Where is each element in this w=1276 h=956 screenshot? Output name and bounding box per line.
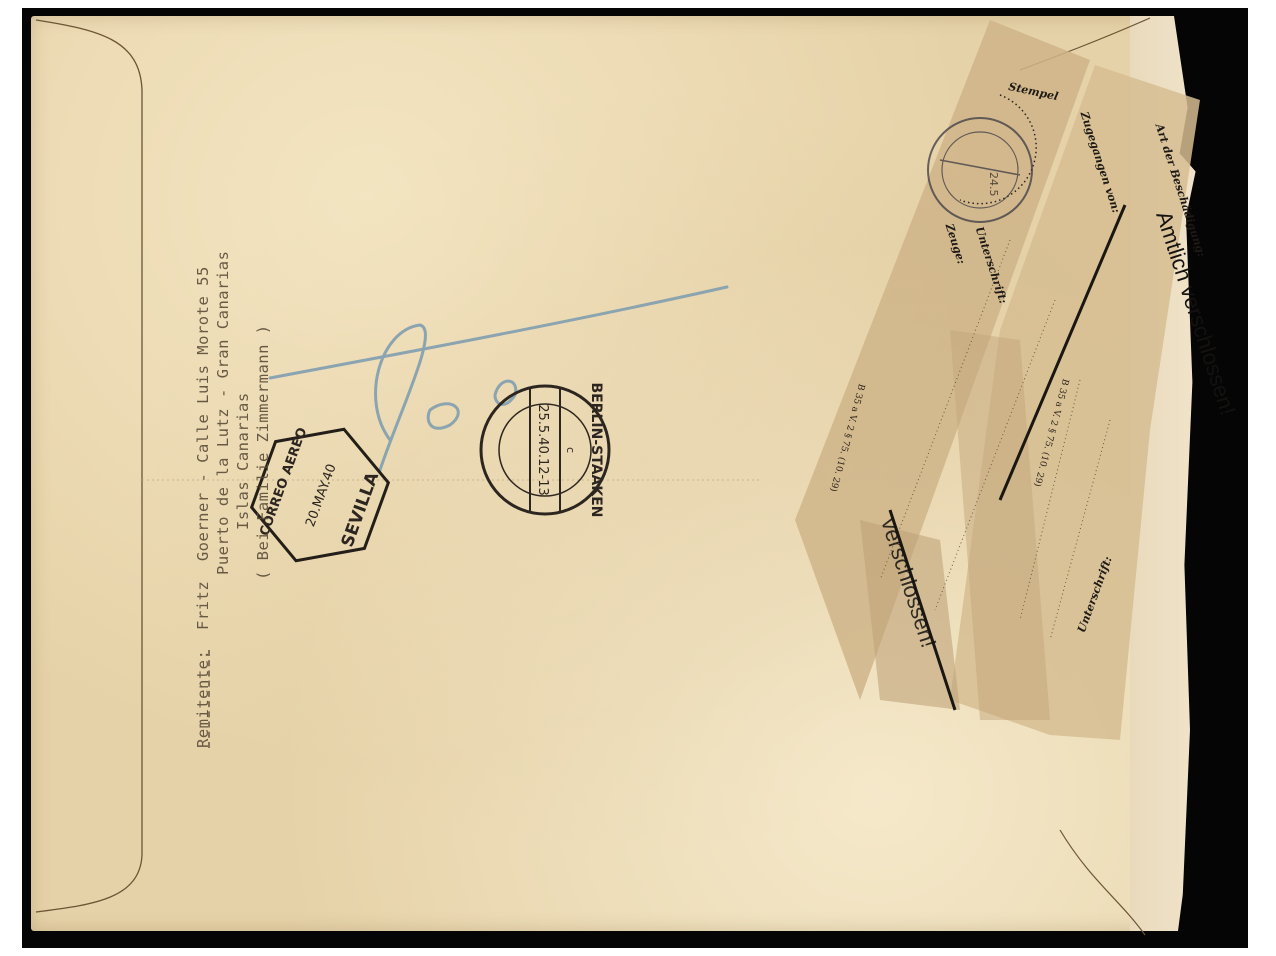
sender-name-address: Fritz Goerner - Calle Luis Morote 55 xyxy=(194,266,212,630)
berlin-postmark: BERLIN-STAAKEN c 25.5.40.12-13 xyxy=(481,382,609,517)
censor-postmark-date: 24.5 xyxy=(987,172,1000,197)
sender-line-3: Islas Canarias xyxy=(234,392,252,530)
sevilla-postmark-city: SEVILLA xyxy=(338,469,384,550)
left-flap-line xyxy=(36,20,142,912)
envelope-markings: 24.5 CORREO AEREO 20.MAY.40 SEVILLA BERL… xyxy=(0,0,1276,956)
berlin-postmark-letter: c xyxy=(564,447,577,453)
berlin-postmark-city: BERLIN-STAAKEN xyxy=(588,382,604,517)
sender-label: Remitente: xyxy=(194,650,212,748)
sender-line-2: Puerto de la Lutz - Gran Canarias xyxy=(214,251,232,575)
berlin-postmark-date: 25.5.40.12-13 xyxy=(535,404,550,496)
right-flap-bottom-line xyxy=(1060,830,1145,935)
sender-line-1: Remitente: Fritz Goerner - Calle Luis Mo… xyxy=(194,266,212,748)
censor-tape xyxy=(795,20,1200,740)
sevilla-postmark-date: 20.MAY.40 xyxy=(303,462,340,529)
sender-line-4: ( Bei Familie Zimmermann ) xyxy=(254,324,272,580)
pencil-marking xyxy=(270,287,727,470)
